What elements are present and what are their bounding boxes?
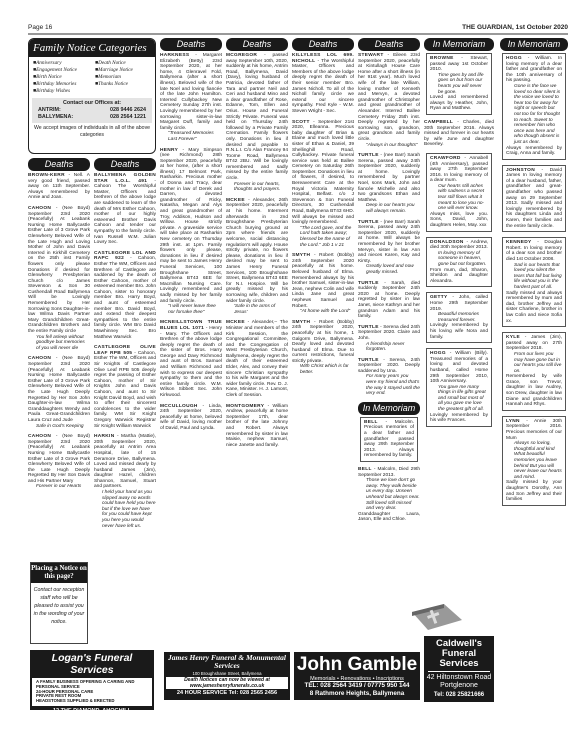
notice-entry: SCOTT - September 21st 2020, Elleanna. P…: [292, 120, 354, 249]
notice-verse: "Always in our thoughts": [358, 143, 420, 149]
office-phone: 028 2564 1221: [110, 114, 146, 121]
caldwell-funeral-ad: Caldwell's Funeral Services 42 Hiltonsto…: [424, 636, 494, 702]
notice-text: - (nee Barr) Sarah Serena, passed away 2…: [358, 220, 420, 264]
notice-name: MCCULLOUGH: [160, 404, 198, 409]
notice-name: TURTLE: [358, 325, 379, 330]
notice-verse: Beautiful memories treasured forever.: [430, 312, 488, 323]
notice-name: CRAWFORD: [430, 156, 461, 161]
notice-text: - Cahoon, Esther The WM, Officers and Br…: [94, 256, 156, 339]
notice-name: JOHNSTON: [506, 168, 535, 173]
notice-verse: Gone is the face we loved so dear silent…: [506, 84, 562, 146]
notice-signoff: Sadly missed and always remembered by mu…: [506, 291, 562, 325]
notice-name: BALLYMENA GOLDEN STAR L.O.L. 491: [94, 173, 156, 184]
column-deaths-2: DeathsBALLYMENA GOLDEN STAR L.O.L. 491 -…: [94, 158, 156, 558]
notice-verse: I held your hand as you slipped away no …: [94, 490, 156, 529]
notice-entry: MCGREGOR - passed away September 10th, 2…: [226, 53, 288, 193]
notice-name: TURTLE: [358, 358, 379, 363]
notice-text: - Martha (Mattie), 20th September 2020, …: [94, 434, 156, 489]
newspaper-page: Page 16 THE GUARDIAN, 1st October 2020 F…: [28, 22, 568, 702]
notice-name: HOGG: [506, 56, 522, 61]
notice-entry: LYNN - Annie 30th September 2016. Precio…: [502, 416, 566, 506]
notice-text: - David James In loving memory of a dear…: [506, 168, 562, 229]
notice-verse: Forever in our Hearts: [28, 484, 90, 490]
notice-name: HARKIN: [94, 434, 114, 439]
ad-phone: TEL: 028 2564 3419 / 07775 950 144: [294, 682, 420, 690]
deaths-banner: Deaths: [28, 158, 90, 171]
address-line: 12 THE DIAMOND, AHOGHILL: [30, 708, 154, 710]
notice-entry: MONTGOMERY - William Andrew, peacefully …: [226, 404, 288, 449]
notice-signoff: Loved and remembered always by Heather, …: [430, 95, 488, 112]
office-row: ANTRIM:028 9446 2624: [38, 107, 146, 114]
family-notice-categories-box: Family Notice Categories Anniversary Dea…: [28, 38, 156, 154]
notice-name: HENRY: [160, 148, 178, 153]
notice-signoff: Remembered by wife Grace, son Trevor, da…: [506, 374, 562, 408]
notice-name: SMYTH: [292, 320, 310, 325]
notice-signoff: Lovingly remembered by his loving wife N…: [430, 323, 488, 340]
header-rule: [28, 33, 568, 35]
column-deaths-6: DeathsSTEWART - Eileen 23rd September 20…: [358, 38, 420, 648]
category-item: Engagement Notice: [33, 67, 95, 74]
memoriam-banner: In Memoriam: [424, 38, 494, 51]
notice-text: - Mary Simpson (nee Richmond) 28th Septe…: [160, 148, 222, 304]
web-note-box: Death Notices can now be viewed atwww.ja…: [166, 677, 288, 689]
office-name: ANTRIM:: [38, 107, 61, 114]
notice-text: - Robert (Bobby) 24th September 2020, pe…: [292, 320, 354, 364]
notice-signoff: From mum, dad, Sharon, Sheldon and daugh…: [430, 268, 488, 285]
column-deaths-5: DeathsKILLYLESS LOL 699. NICHOLL - The W…: [292, 38, 354, 648]
notice-text: - Henry - Mary. The Officers and Brethre…: [160, 326, 222, 398]
office-name: BALLYMENA:: [38, 114, 73, 121]
notice-verse: Deep in our hearts you will always remai…: [358, 203, 420, 214]
james-henry-ad: James Henry Funeral & Monumental Service…: [164, 652, 290, 700]
notice-verse: Time goes by and life goes on but from o…: [430, 73, 488, 95]
notice-entry: HENRY - Mary Simpson (nee Richmond) 28th…: [160, 148, 222, 316]
notice-signoff: Always miss, love you. Sons, David, John…: [430, 212, 488, 229]
notice-entry: TURTLE - Serena died 24th September 2020…: [358, 325, 420, 353]
ad-bullet: HEADSTONES SUPPLIED & ERECTED: [36, 699, 148, 704]
notice-verse: "Treasured Memories Last Forever": [160, 131, 222, 142]
notice-entry: TURTLE - Serena, 24th September 2020. De…: [358, 358, 420, 397]
ad-title: Logan's Funeral Services: [30, 650, 154, 678]
notice-name: CAHOON: [28, 356, 51, 361]
ad-phone: Tel: 028 25821666: [424, 690, 494, 698]
notice-entry: BROWNE - Stewart, passed away 1st Octobe…: [426, 53, 492, 115]
notice-entry: TURTLE - (nee Barr) Sarah Serena, passed…: [358, 153, 420, 215]
office-row: BALLYMENA:028 2564 1221: [38, 114, 146, 121]
notice-entry: CRAWFORD - Annabell (4th Anniversary), p…: [426, 153, 492, 232]
placing-title: Placing a Notice on this page?: [31, 563, 87, 583]
notice-name: TURTLE: [358, 281, 379, 286]
notice-name: BROWN-KERR: [28, 173, 65, 178]
ad-phone: 24 HOUR SERVICE Tel: 028 2565 2456: [164, 689, 290, 696]
notice-text: - (Nee Boyd) September 23rd 2020 (Peacef…: [28, 206, 90, 334]
deaths-banner: Deaths: [160, 38, 222, 51]
memoriam-banner: In Memoriam: [358, 402, 420, 415]
notice-signoff: Always remembered by Craig, Anna and fam…: [506, 146, 562, 157]
notice-name: MONTGOMERY: [226, 404, 264, 409]
notice-text: - William Andrew, peacefully at home Sep…: [226, 404, 288, 448]
contact-title: Contact our Offices at:: [38, 100, 146, 107]
notice-verse: Safe in God's Keeping: [28, 424, 90, 430]
notice-name: SMYTH: [292, 253, 310, 258]
deaths-banner: Deaths: [226, 38, 288, 51]
notice-name: TURTLE: [358, 220, 379, 225]
deaths-banner: Deaths: [94, 158, 156, 171]
column-deaths-1: DeathsBROWN-KERR - Nell. A very good fri…: [28, 158, 90, 558]
ad-bullets: A FAMILY BUSINESS OFFERING A CARING AND …: [32, 678, 152, 706]
notice-entry: KILLYLESS LOL 699. NICHOLL - The Worship…: [292, 53, 354, 115]
ad-divider: [428, 671, 490, 672]
notice-entry: HOGG - William. In loving memory of a de…: [502, 53, 566, 160]
notice-text: - Cahoon The Worshipful Master, Officers…: [94, 179, 156, 246]
notice-entry: BELL - Malcolm. Precious memories of a d…: [360, 417, 418, 462]
notice-name: CAHOON: [28, 434, 51, 439]
notice-name: BROWNE: [430, 56, 454, 61]
notice-verse: From our lives you may have gone but in …: [506, 352, 562, 374]
office-phone: 028 9446 2624: [110, 107, 146, 114]
john-gamble-ad: John Gamble Memorials • Renovations • In…: [294, 652, 420, 700]
notice-entry: SMYTH - Robert (Bobby) 24th September 20…: [292, 320, 354, 376]
category-item: Death Notice: [95, 60, 155, 67]
ad-address: 100 Broughshane Street, Ballymena: [164, 671, 290, 676]
notice-name: HARKNESS: [160, 53, 189, 58]
notice-text: - September 21st 2020, Elleanna. Preciou…: [292, 120, 354, 226]
notice-text: - William (Billy). Treasured memories of…: [430, 351, 488, 384]
ad-title: James Henry Funeral & Monumental Service…: [164, 652, 290, 670]
notice-text: - Malcolm. Precious memories of a dear f…: [364, 420, 414, 459]
notice-name: BELL: [358, 467, 372, 472]
notice-verse: Forever in our hearts, thoughts and pray…: [226, 182, 288, 193]
notice-verse: A friendship never forgotten.: [358, 342, 420, 353]
notice-text: - Sarah, died suddenly September 24th 20…: [358, 281, 420, 320]
notice-text: - (Nee Boyd) September 23rd 2020 (Peacef…: [28, 434, 90, 484]
notice-text: - Alexander,– The Minister and members o…: [226, 320, 288, 398]
categories-title: Family Notice Categories: [29, 39, 155, 57]
notice-name: CAMPBELL: [424, 120, 453, 125]
notice-text: - Eileen 23rd September 2020, peacefully…: [358, 53, 420, 142]
notice-name: DONALDSON: [430, 240, 464, 245]
deaths-banner: Deaths: [358, 38, 420, 51]
notice-entry: KYLE - James (Jim), passed away on 27th …: [502, 332, 566, 411]
notice-entry: CAMPBELL - Charles, died 30th September …: [424, 120, 494, 148]
notice-text: - (nee Barr) Sarah Serena, passed away 2…: [358, 153, 420, 203]
category-item: Birthday Memories: [33, 81, 95, 88]
notice-entry: MCKEE - Alexander, 26th September 2020, …: [226, 198, 288, 315]
notice-name: MCKEE: [226, 320, 245, 325]
notice-verse: Those we love don't go away. They walk b…: [358, 478, 420, 512]
notice-name: KYLE: [506, 335, 520, 340]
notice-verse: Greatly loved and now greatly missed.: [358, 264, 420, 275]
page-number: Page 16: [28, 24, 52, 31]
notice-text: - The Worshipful Master, Officers and Me…: [292, 59, 354, 114]
notice-entry: DONALDSON - Andrew, died 30th September …: [426, 237, 492, 288]
ad-title: Caldwell's Funeral Services: [424, 636, 494, 669]
images-note: We accept images of individuals in all o…: [29, 123, 155, 140]
ad-title: John Gamble: [294, 652, 420, 676]
notice-entry: JOHNSTON - David James In loving memory …: [502, 165, 566, 233]
placing-notice-box: Placing a Notice on this page? Contact o…: [30, 562, 88, 644]
notice-name: HOGG: [430, 351, 446, 356]
notice-entry: CAHOON - (Nee Boyd) September 23rd 2020 …: [28, 356, 90, 429]
notice-entry: MCCULLOUGH - Linda, 24th September 2020,…: [160, 404, 222, 432]
notice-entry: SMYTH - Robert (Bobby) 24th September 20…: [292, 253, 354, 315]
notice-entry: CASTLEGORE OLIVE LEAF RPB 505 - Cahoon, …: [94, 345, 156, 429]
notice-verse: 'Safe in the arms of Jesus': [226, 304, 288, 315]
notice-name: TURTLE: [358, 153, 379, 158]
ad-address: 42 Hiltonstown Road Portglenone: [424, 674, 494, 690]
category-item: Anniversary: [33, 60, 95, 67]
notice-entry: MCNEILLSTOWN TRUE BLUES LOL 1071 - Henry…: [160, 320, 222, 398]
notice-entry: HOGG - William (Billy). Treasured memori…: [426, 348, 492, 427]
notice-name: CAHOON: [28, 206, 51, 211]
notice-entry: CASTLEGORE LOL AND RAPC 922 - Cahoon, Es…: [94, 251, 156, 341]
notice-name: GETTY: [430, 295, 448, 300]
notice-verse: You fell asleep without goodbye but memo…: [28, 335, 90, 352]
notice-verse: For many years you were my friend and th…: [358, 374, 420, 396]
notice-name: MCGREGOR: [226, 53, 257, 58]
notice-text: - Robert (Bobby) 24th September 2020 pea…: [292, 253, 354, 308]
ad-address: 8 Rathmore Heights, Ballymena: [294, 690, 420, 698]
notice-entry: BELL - Malcolm, Died 29th September 2013…: [358, 467, 420, 523]
page-header: Page 16 THE GUARDIAN, 1st October 2020: [28, 22, 568, 34]
notice-entry: MCKEE - Alexander,– The Minister and mem…: [226, 320, 288, 398]
notice-entry: HARKIN - Martha (Mattie), 20th September…: [94, 434, 156, 529]
notice-verse: "The Lord gave, and the Lord hath taken …: [292, 226, 354, 248]
column-memoriam-1: In MemoriamBROWNE - Stewart, passed away…: [424, 38, 494, 598]
notice-name: SCOTT: [292, 120, 310, 125]
ad-address: 12 THE DIAMOND, AHOGHILLTEL: 028 2587 14…: [30, 706, 154, 710]
bible-icon: [408, 602, 464, 632]
notice-entry: BROWN-KERR - Nell. A very good friend, p…: [28, 173, 90, 201]
category-item: Memoriam: [95, 74, 155, 81]
notice-signoff: Granddaughter Laura, Jason, Elle and Chl…: [358, 512, 420, 523]
notice-verse: You gave me many things in life gifts gr…: [430, 385, 488, 413]
notice-signoff: Sadly missed by your daughter's Dorothy,…: [506, 480, 562, 502]
notice-name: STEWART: [358, 53, 384, 58]
notice-text: - Cahoon, Esther The WM, Officers and Si…: [94, 351, 156, 429]
notice-entry: STEWART - Eileen 23rd September 2020, pe…: [358, 53, 420, 148]
memoriam-banner: In Memoriam: [500, 38, 568, 51]
column-deaths-4: DeathsMCGREGOR - passed away September 1…: [226, 38, 288, 648]
deaths-banner: Deaths: [292, 38, 354, 51]
category-item: Birthday Wishes: [33, 88, 95, 95]
categories-list: Anniversary Death Notice Engagement Noti…: [29, 57, 155, 98]
notice-text: - Margaret Elizabeth (Betty) 23rd Septem…: [160, 53, 222, 131]
notice-text: - passed away September 10th, 2020, sudd…: [226, 53, 288, 181]
notice-verse: Our hearts still aches with sadness a se…: [430, 184, 488, 212]
notice-text: - (Nee Boyd) September 23rd 2020 (Peacef…: [28, 356, 90, 423]
notice-verse: Sad is our hearts that loved you silent …: [506, 263, 562, 291]
notice-entry: TURTLE - (nee Barr) Sarah Serena, passed…: [358, 220, 420, 276]
notice-verse: "I will never leave thee nor forsake the…: [160, 304, 222, 315]
contact-offices: Contact our Offices at: ANTRIM:028 9446 …: [32, 98, 152, 123]
column-deaths-3: DeathsHARKNESS - Margaret Elizabeth (Bet…: [160, 38, 222, 648]
notice-text: - Alexander, 26th September 2020, peacef…: [226, 198, 288, 304]
placing-body: Contact our reception staff who will be …: [31, 583, 87, 629]
notice-signoff: Lovingly remembered by his wife Frances.: [430, 413, 488, 424]
masthead: THE GUARDIAN, 1st October 2020: [462, 24, 568, 31]
notice-entry: CAHOON - (Nee Boyd) September 23rd 2020 …: [28, 206, 90, 351]
notice-entry: TURTLE - Sarah, died suddenly September …: [358, 281, 420, 320]
column-memoriam-2: In MemoriamHOGG - William. In loving mem…: [500, 38, 568, 628]
notice-entry: KENNEDY - Douglas Robert. In loving memo…: [502, 237, 566, 327]
category-item: Birth Notice: [33, 74, 95, 81]
notice-entry: HARKNESS - Margaret Elizabeth (Betty) 23…: [160, 53, 222, 143]
notice-entry: CAHOON - (Nee Boyd) September 23rd 2020 …: [28, 434, 90, 490]
category-item: Thanks Notice: [95, 81, 155, 88]
notice-verse: With Christ which is far better.: [292, 364, 354, 375]
notice-verse: "At home with the Lord": [292, 309, 354, 315]
logan-funeral-ad: Logan's Funeral Services A FAMILY BUSINE…: [30, 650, 154, 710]
notice-entry: GETTY - John, called Home 29th September…: [426, 292, 492, 343]
notice-verse: In loving memory of someone in heaven, g…: [430, 251, 488, 268]
category-item: Marriage Notice: [95, 67, 155, 74]
notice-entry: BALLYMENA GOLDEN STAR L.O.L. 491 - Cahoo…: [94, 173, 156, 246]
notice-verse: Always so loving, thoughtful and kind Wh…: [506, 441, 562, 480]
notice-name: KENNEDY: [506, 240, 532, 245]
